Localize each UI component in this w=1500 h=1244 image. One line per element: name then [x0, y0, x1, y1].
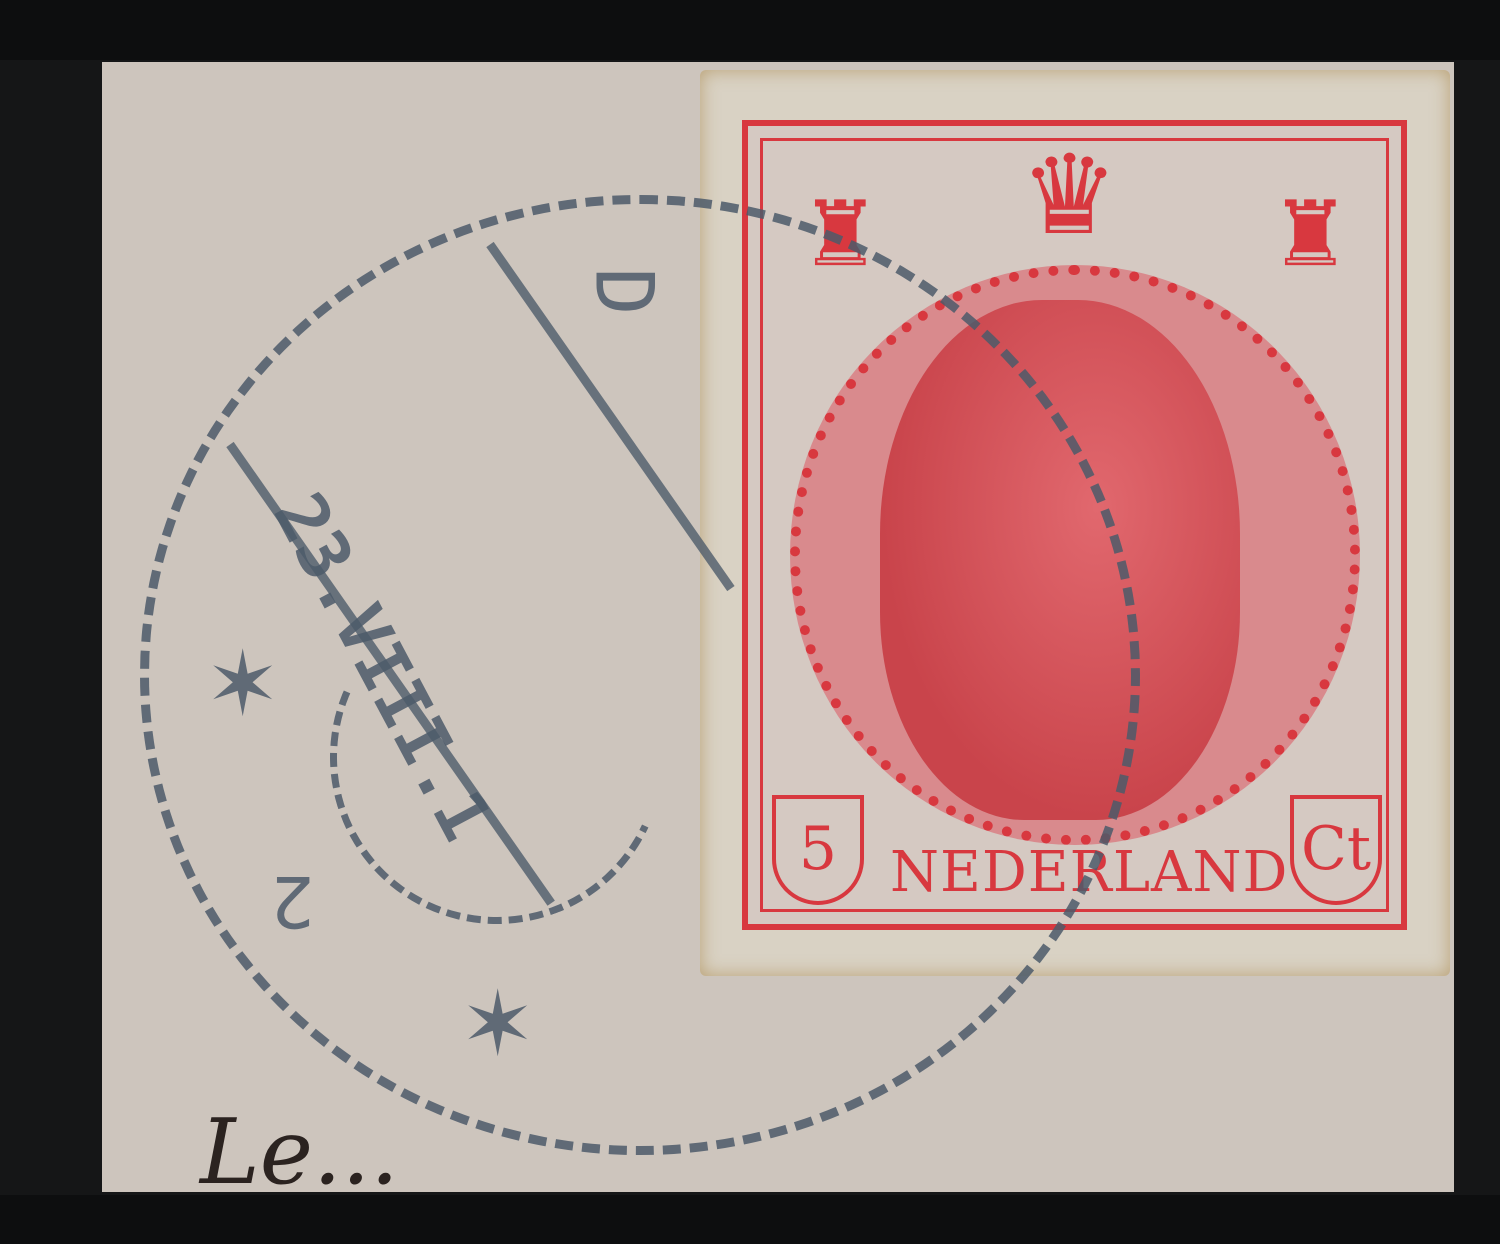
coat-of-arms-right-icon: ♜ — [1270, 190, 1351, 280]
background-top — [0, 0, 1500, 60]
star-icon: ✶ — [205, 640, 280, 730]
crown-icon: ♛ — [1020, 140, 1119, 250]
star-icon: ✶ — [460, 980, 535, 1070]
postmark-hour: 2 — [270, 860, 315, 942]
handwriting: Le... — [200, 1100, 399, 1205]
postmark-letter: D — [578, 267, 671, 315]
stamp-currency: Ct — [1290, 795, 1382, 905]
